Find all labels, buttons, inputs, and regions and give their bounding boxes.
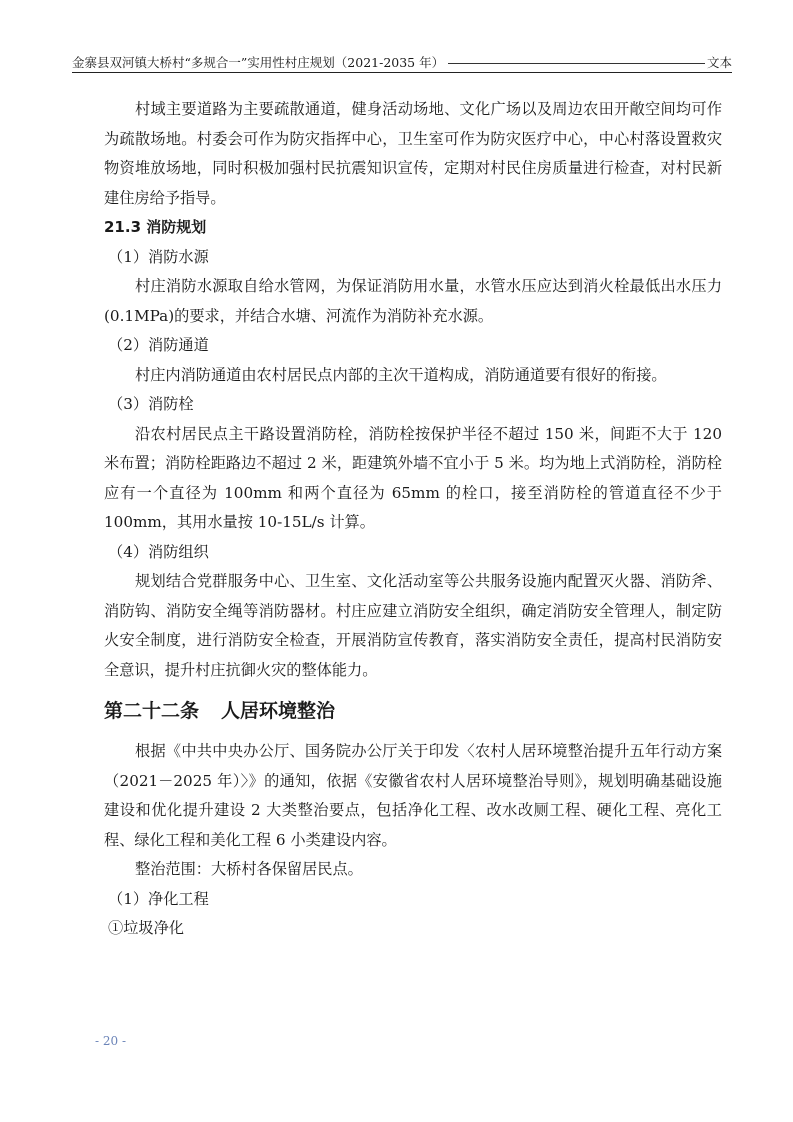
paragraph-hydrant: 沿农村居民点主干路设置消防栓，消防栓按保护半径不超过 150 米，间距不大于 1… <box>104 420 722 538</box>
header-right-label: 文本 <box>707 54 732 72</box>
chapter-heading: 第二十二条人居环境整治 <box>104 699 722 723</box>
item-label-garbage-purification: ①垃圾净化 <box>104 914 722 944</box>
item-label-purification: （1）净化工程 <box>104 885 722 915</box>
paragraph-fire-access: 村庄内消防通道由农村居民点内部的主次干道构成，消防通道要有很好的衔接。 <box>104 361 722 391</box>
page-header: 金寨县双河镇大桥村“多规合一”实用性村庄规划（2021-2035 年） 文本 <box>72 52 732 73</box>
page-number: - 20 - <box>95 1034 126 1048</box>
chapter-title: 人居环境整治 <box>221 700 335 722</box>
paragraph-scope: 整治范围：大桥村各保留居民点。 <box>104 855 722 885</box>
chapter-number: 第二十二条 <box>104 700 199 722</box>
section-heading-fire-planning: 21.3 消防规划 <box>104 213 722 243</box>
item-label-hydrant: （3）消防栓 <box>104 390 722 420</box>
item-label-fire-access: （2）消防通道 <box>104 331 722 361</box>
header-title: 金寨县双河镇大桥村“多规合一”实用性村庄规划（2021-2035 年） <box>72 54 444 72</box>
page-body: 村域主要道路为主要疏散通道，健身活动场地、文化广场以及周边农田开敞空间均可作为疏… <box>104 95 722 944</box>
item-label-fire-organization: （4）消防组织 <box>104 538 722 568</box>
header-dash-rule <box>448 63 705 64</box>
paragraph-fire-organization: 规划结合党群服务中心、卫生室、文化活动室等公共服务设施内配置灭火器、消防斧、消防… <box>104 567 722 685</box>
paragraph-water-source: 村庄消防水源取自给水管网，为保证消防用水量，水管水压应达到消火栓最低出水压力(0… <box>104 272 722 331</box>
item-label-water-source: （1）消防水源 <box>104 243 722 273</box>
paragraph-basis: 根据《中共中央办公厅、国务院办公厅关于印发〈农村人居环境整治提升五年行动方案（2… <box>104 737 722 855</box>
paragraph-evacuation: 村域主要道路为主要疏散通道，健身活动场地、文化广场以及周边农田开敞空间均可作为疏… <box>104 95 722 213</box>
